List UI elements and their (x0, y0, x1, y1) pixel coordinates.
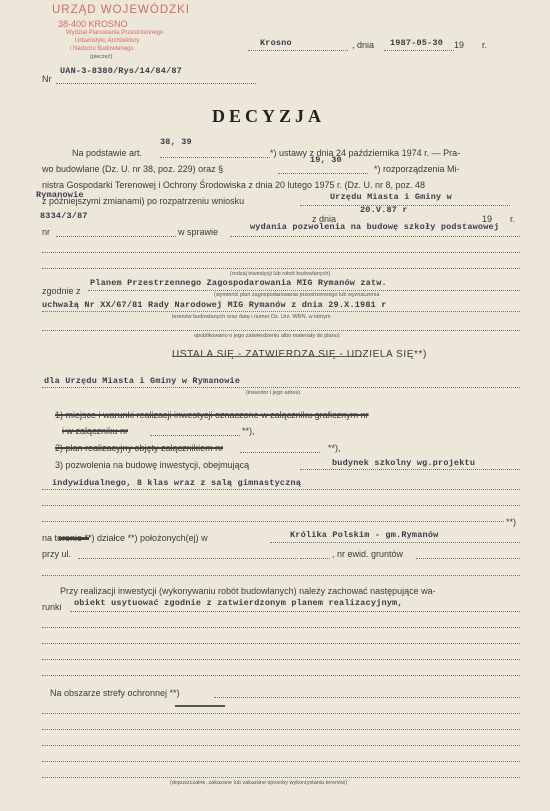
item-2-text: 2) plan realizacyjny objęty załącznikiem… (55, 443, 223, 453)
legal-basis-text-2: *) ustawy z dnia 24 października 1974 r.… (270, 148, 460, 158)
year-2-suffix: r. (510, 214, 515, 224)
stamp-caption: (pieczęć) (90, 54, 112, 60)
legal-basis-text-6: z późniejszymi zmianami) po rozpatrzeniu… (42, 196, 244, 206)
applicant-line-1: Urzędu Miasta i Gminy w (330, 192, 452, 202)
application-number: 8334/3/87 (40, 211, 88, 221)
legal-basis-text-5: nistra Gospodarki Terenowej i Ochrony Śr… (42, 180, 425, 190)
subject: wydania pozwolenia na budowę szkoły pods… (250, 222, 499, 232)
note-rodzaj: (rodzaj inwestycji lub robót budowlanych… (230, 271, 330, 277)
plan-line-2: uchwałą Nr XX/67/81 Rady Narodowej MIG R… (42, 300, 387, 310)
zgodnie-z-label: zgodnie z (42, 286, 81, 296)
stamp-line-4: Urbanistyki, Architektury (75, 38, 139, 44)
nr-label-2: nr (42, 227, 50, 237)
note-tereny: terenów budowlanych oraz datę i numer Dz… (172, 314, 331, 320)
item-3-value-2: indywidualnego, 8 klas wraz z salą gimna… (52, 478, 301, 488)
nr-ewid-label: , nr ewid. gruntów (332, 549, 403, 559)
nr-label: Nr (42, 74, 52, 84)
strike-mark-2 (175, 705, 225, 707)
item-1-text: 1) miejsce i warunki realizacji inwestyc… (55, 410, 369, 420)
note-investor: (inwestor i jego adres) (246, 390, 300, 396)
document-title: DECYZJA (212, 106, 325, 127)
item-3-value-1: budynek szkolny wg.projektu (332, 458, 475, 468)
strike-line (172, 356, 362, 357)
legal-basis-text-4: *) rozporządzenia Mi- (374, 164, 460, 174)
place: Krosno (260, 38, 292, 48)
conditions-value: obiekt usytuować zgodnie z zatwierdzonym… (74, 598, 403, 608)
ustala-heading: USTALA SIĘ - ZATWIERDZA SIĘ - UDZIELA SI… (172, 349, 427, 360)
item-1-end: **), (242, 426, 255, 436)
plan-line-1: Planem Przestrzennego Zagospodarowania M… (90, 278, 387, 288)
year-prefix: 19 (454, 40, 464, 50)
note-publ: opublikowano o jego zatwierdzeniu albo m… (194, 333, 340, 339)
item-2-end: **), (328, 443, 341, 453)
item-1-text-b: i w załączniku nr (62, 426, 128, 436)
dnia-label: , dnia (352, 40, 374, 50)
runki-label: runki (42, 602, 62, 612)
application-date: 20.V.87 r (360, 205, 408, 215)
location: Królika Polskim - gm.Rymanów (290, 530, 438, 540)
legal-basis-text: Na podstawie art. (72, 148, 142, 158)
art-value: 38, 39 (160, 137, 192, 147)
item-3-text: 3) pozwolenia na budowę inwestycji, obej… (55, 460, 249, 470)
stamp-line-1: URZĄD WOJEWÓDZKI (52, 4, 190, 16)
case-number: UAN-3-8380/Rys/14/84/87 (60, 66, 182, 76)
note-bottom: (dopuszczalne, zakazane lub zakazane spo… (170, 780, 347, 786)
item-3-end: **) (506, 517, 516, 527)
conditions-intro: Przy realizacji inwestycji (wykonywaniu … (60, 586, 436, 596)
investor: dla Urzędu Miasta i Gminy w Rymanowie (44, 376, 240, 386)
issue-date: 1987-05-30 (390, 38, 443, 48)
strefa-label: Na obszarze strefy ochronnej **) (50, 688, 180, 698)
stamp-line-3: Wydział Planowania Przestrzennego (66, 30, 163, 36)
paragraph-value: 19, 30 (310, 155, 342, 165)
przy-ul-label: przy ul. (42, 549, 71, 559)
legal-basis-text-3: wo budowlane (Dz. U. nr 38, poz. 229) or… (42, 164, 223, 174)
decision-document: URZĄD WOJEWÓDZKI 38-400 KROSNO Wydział P… (0, 0, 550, 811)
stamp-line-2: 38-400 KROSNO (58, 19, 128, 29)
note-plan: (wymienić plan zagospodarowania przestrz… (214, 292, 379, 298)
year-suffix: r. (482, 40, 487, 50)
stamp-line-5: i Nadzoru Budowlanego (70, 46, 134, 52)
strike-mark (59, 537, 89, 540)
w-sprawie-label: w sprawie (178, 227, 218, 237)
